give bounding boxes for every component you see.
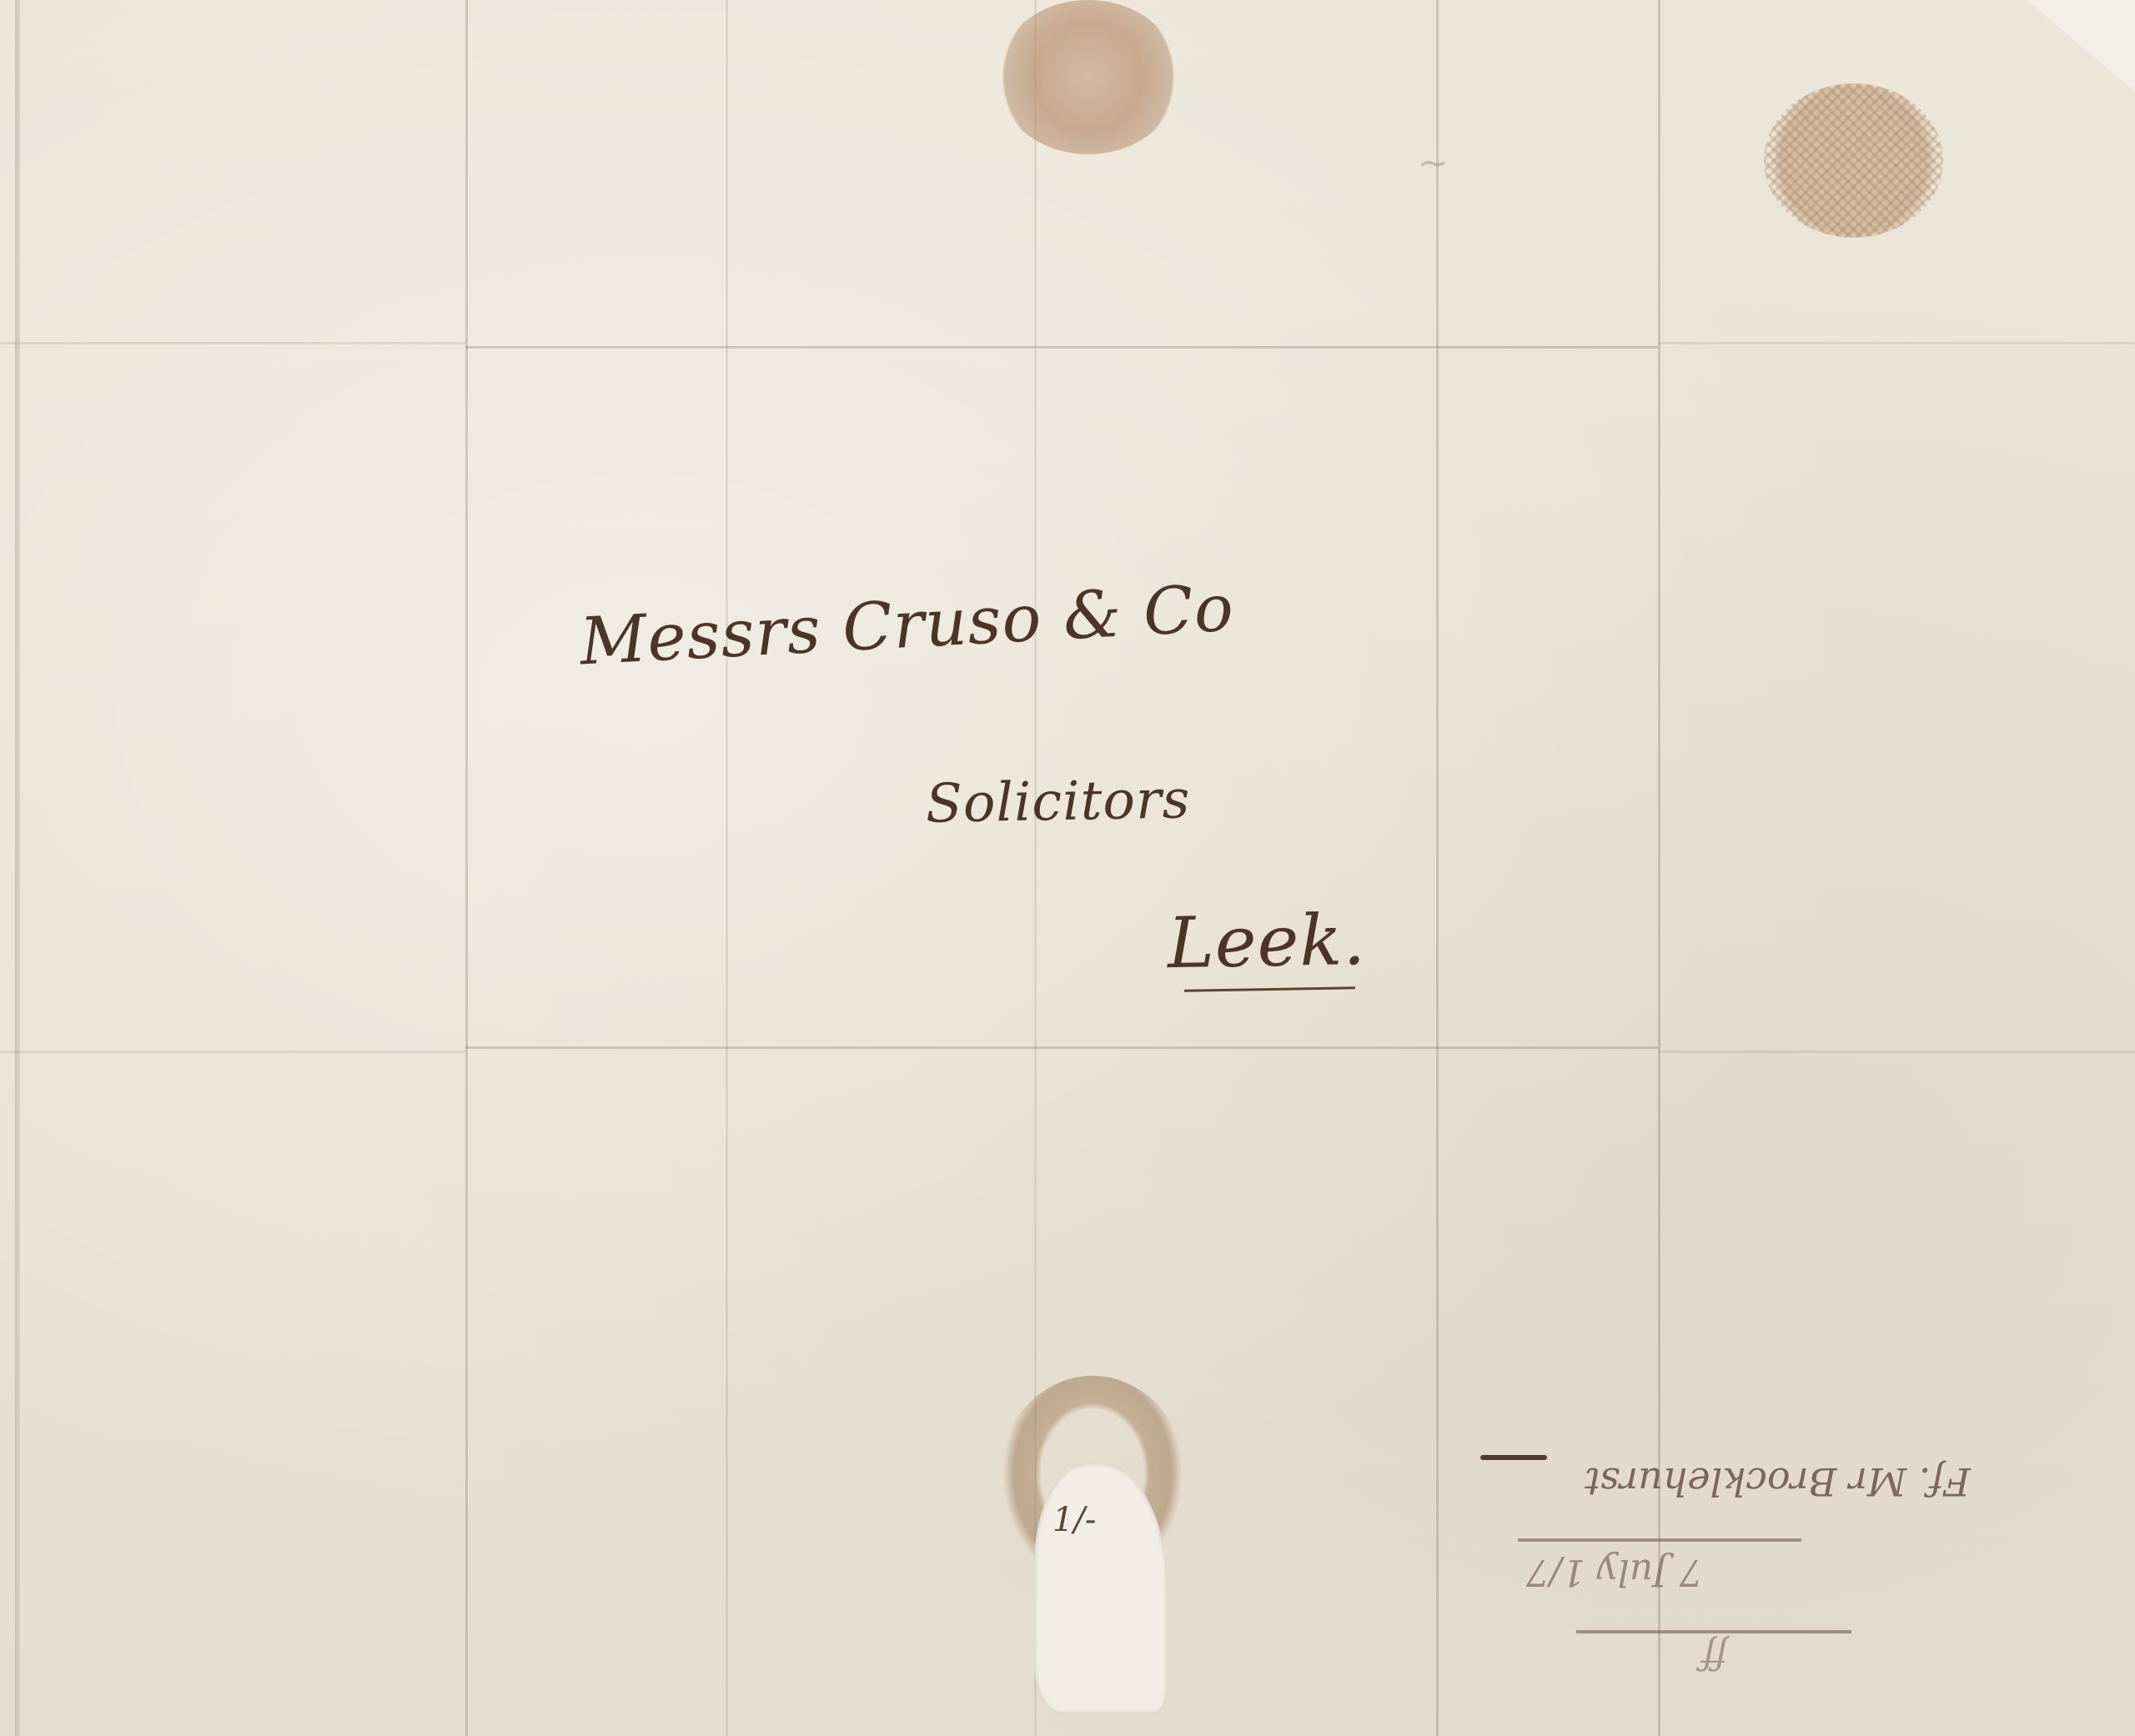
address-recipient: Messrs Cruso & Co [578,571,1236,680]
fold-line [465,346,1658,349]
docket-date: 7 July 1/7 [1526,1551,1703,1593]
fold-line [1658,1051,2135,1053]
fold-line [0,1051,465,1053]
fold-line [0,342,465,344]
letter-sheet: 1/- ~ Messrs Cruso & Co Solicitors Leek.… [0,0,2135,1736]
paper-left-edge [15,0,20,1736]
address-town: Leek. [1167,899,1366,984]
address-profession: Solicitors [925,769,1191,835]
docket-rule [1518,1538,1801,1542]
docket-rule [1576,1630,1851,1633]
fold-line [1658,342,2135,344]
address-underline [1184,986,1355,992]
wax-seal-stain-top [997,0,1180,154]
wax-seal-stain-right [1764,83,1943,238]
docket-sender: Ff. Mr Brocklehurst [1585,1459,1971,1504]
fold-line [465,0,468,1736]
corner-flap [2027,0,2135,92]
fold-line [465,1046,1658,1049]
fold-line [1436,0,1439,1736]
postage-mark: 1/- [1052,1501,1096,1539]
pencil-marks: ~ [1418,142,1449,184]
fold-line [726,0,728,1736]
docket-dash [1480,1455,1547,1460]
docket-initials: ff [1701,1634,1727,1677]
